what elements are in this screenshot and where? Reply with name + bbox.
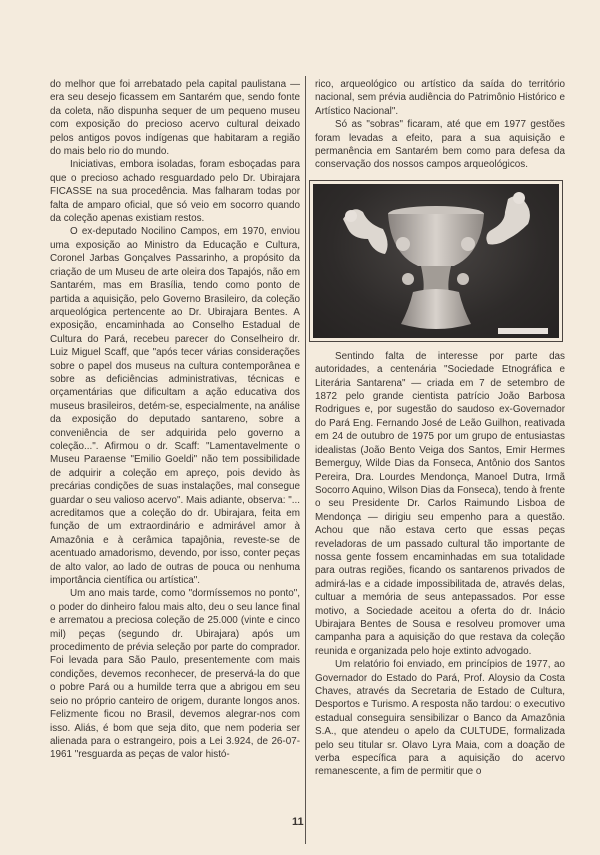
paragraph: rico, arqueológico ou artístico da saída… xyxy=(315,78,565,118)
vase-illustration-icon xyxy=(313,184,559,338)
paragraph: Sentindo falta de interesse por parte da… xyxy=(315,350,565,658)
left-column: do melhor que foi arrebatado pela capita… xyxy=(50,78,300,762)
paragraph: Iniciativas, embora isoladas, foram esbo… xyxy=(50,158,300,225)
photo-frame xyxy=(309,180,563,342)
ceramic-vase-photo xyxy=(313,184,559,338)
paragraph: O ex-deputado Nocilino Campos, em 1970, … xyxy=(50,225,300,587)
column-divider xyxy=(305,76,306,844)
paragraph: Um relatório foi enviado, em princípios … xyxy=(315,658,565,779)
page-number: 11 xyxy=(292,816,304,828)
paragraph: Um ano mais tarde, como "dormíssemos no … xyxy=(50,587,300,761)
paragraph: do melhor que foi arrebatado pela capita… xyxy=(50,78,300,158)
right-column: rico, arqueológico ou artístico da saída… xyxy=(315,78,565,779)
paragraph: Só as "sobras" ficaram, até que em 1977 … xyxy=(315,118,565,172)
